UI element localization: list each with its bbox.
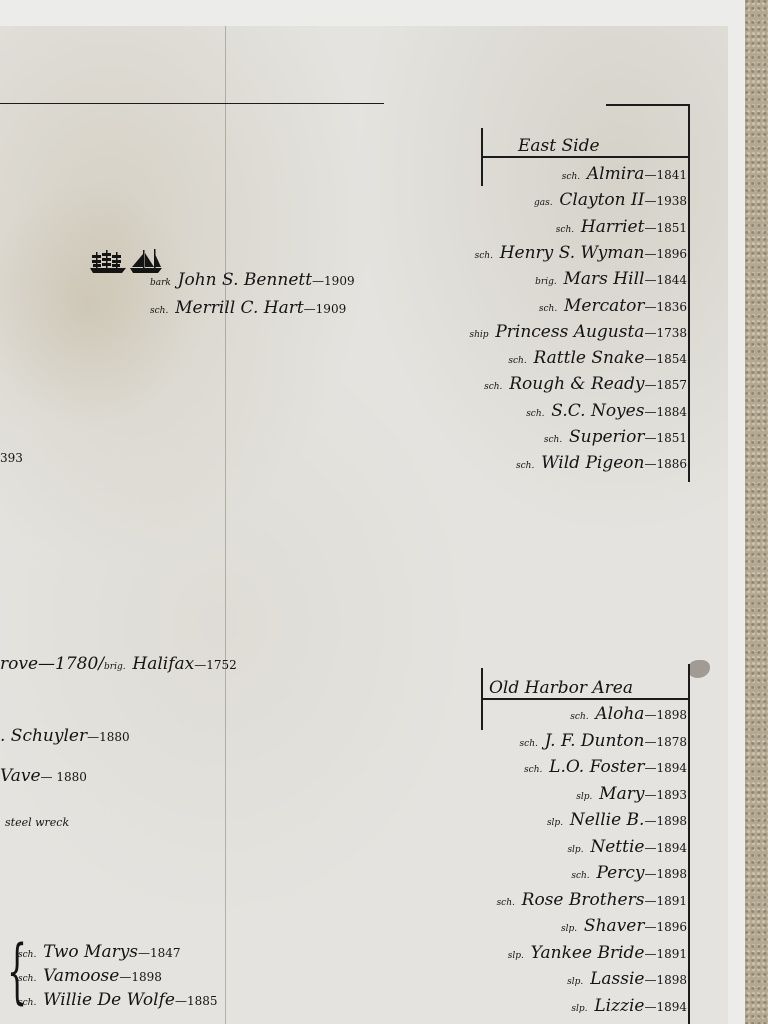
wreck-entry: sch. S.C. Noyes—1884 <box>526 401 687 421</box>
wreck-entry: sch. Superior—1851 <box>544 427 687 447</box>
vessel-type: slp. <box>571 1004 587 1014</box>
wreck-entry: sch. L.O. Foster—1894 <box>524 757 687 777</box>
wreck-entry: gas. Clayton II—1938 <box>534 190 687 210</box>
wreck-entry: slp. Lassie—1898 <box>567 969 687 989</box>
wreck-entry: slp. Yankee Bride—1891 <box>508 943 687 963</box>
fragment-393: 393 <box>0 448 23 466</box>
wreck-entry: slp. Lizzie—1894 <box>571 996 687 1016</box>
wreck-year: —1836 <box>644 300 687 314</box>
wreck-merrill-c-hart: sch. Merrill C. Hart—1909 <box>150 298 346 318</box>
wreck-entry: sch. Percy—1898 <box>571 863 687 883</box>
vessel-type: slp. <box>561 924 577 934</box>
wreck-year: —1891 <box>644 894 687 908</box>
granite-wall <box>745 0 768 1024</box>
wreck-wave: Vave— 1880 <box>0 766 87 786</box>
wreck-year: —1909 <box>312 274 355 288</box>
vessel-name: Clayton II <box>559 190 644 210</box>
vessel-type: sch. <box>18 974 36 984</box>
vessel-type: sch. <box>571 871 589 881</box>
vessel-type: slp. <box>547 818 563 828</box>
vessel-type: sch. <box>497 898 515 908</box>
vessel-name: Harriet <box>581 217 645 237</box>
vessel-type: sch. <box>562 172 580 182</box>
vessel-type: sch. <box>526 409 544 419</box>
vessel-name: Aloha <box>595 704 644 724</box>
fold-line <box>225 26 226 1024</box>
vessel-name: Nellie B. <box>570 810 645 830</box>
wreck-entry: slp. Nellie B.—1898 <box>547 810 687 830</box>
vessel-name: Lassie <box>590 969 644 989</box>
wreck-year: —1857 <box>644 378 687 392</box>
east-side-right-rule <box>688 104 690 482</box>
wreck-entry: slp. Mary—1893 <box>576 784 687 804</box>
wreck-john-s-bennett: bark John S. Bennett—1909 <box>150 270 355 290</box>
vessel-name: Percy <box>596 863 644 883</box>
wreck-year: —1847 <box>138 946 181 960</box>
vessel-name: Willie De Wolfe <box>43 990 175 1010</box>
wreck-entry: sch. Harriet—1851 <box>556 217 687 237</box>
wreck-entry: sch. Vamoose—1898 <box>18 966 162 986</box>
vessel-name: Vamoose <box>43 966 119 986</box>
wreck-year: —1894 <box>644 761 687 775</box>
wreck-year: — 1880 <box>41 770 87 784</box>
top-rule <box>0 103 384 104</box>
old-harbor-heading: Old Harbor Area <box>489 678 633 698</box>
east-side-top-rule <box>606 104 690 106</box>
wreck-year: —1898 <box>644 867 687 881</box>
wreck-entry: sch. Two Marys—1847 <box>18 942 181 962</box>
vessel-name: Rose Brothers <box>522 890 645 910</box>
wreck-year: —1841 <box>644 168 687 182</box>
vessel-name: John S. Bennett <box>178 270 312 290</box>
wreck-entry: sch. Wild Pigeon—1886 <box>516 453 687 473</box>
wreck-year: —1898 <box>119 970 162 984</box>
wreck-year: —1844 <box>644 273 687 287</box>
wreck-year: —1752 <box>194 658 237 672</box>
vessel-name: Wild Pigeon <box>541 453 644 473</box>
vessel-type: sch. <box>18 998 36 1008</box>
vessel-type: sch. <box>539 304 557 314</box>
wreck-year: —1896 <box>644 920 687 934</box>
vessel-name: Henry S. Wyman <box>500 243 645 263</box>
wreck-year: —1885 <box>175 994 218 1008</box>
wreck-halifax: rove—1780/brig. Halifax—1752 <box>0 654 237 674</box>
old-harbor-heading-rule <box>481 698 690 700</box>
vessel-type: sch. <box>475 251 493 261</box>
wreck-year: —1898 <box>644 708 687 722</box>
vessel-name: S.C. Noyes <box>551 401 644 421</box>
wreck-year: —1851 <box>644 221 687 235</box>
wreck-year: —1938 <box>644 194 687 208</box>
vessel-name: Merrill C. Hart <box>175 298 304 318</box>
wreck-year: —1884 <box>644 405 687 419</box>
vessel-name: Lizzie <box>594 996 644 1016</box>
vessel-name: Mary <box>599 784 644 804</box>
wreck-year: —1880 <box>87 730 130 744</box>
vessel-type: sch. <box>556 225 574 235</box>
wreck-year: —1891 <box>644 947 687 961</box>
wreck-entry: sch. Henry S. Wyman—1896 <box>475 243 687 263</box>
wreck-entry: sch. Aloha—1898 <box>570 704 687 724</box>
vessel-type: slp. <box>508 951 524 961</box>
vessel-type: slp. <box>567 845 583 855</box>
vessel-name: Yankee Bride <box>531 943 645 963</box>
vessel-type: sch. <box>524 765 542 775</box>
wreck-entry: slp. Nettie—1894 <box>567 837 687 857</box>
vessel-name: Halifax <box>132 654 194 674</box>
vessel-name: Two Marys <box>43 942 138 962</box>
wreck-year: —1894 <box>644 1000 687 1014</box>
vessel-name: Superior <box>569 427 644 447</box>
wreck-year: —1738 <box>644 326 687 340</box>
vessel-type: brig. <box>104 662 126 672</box>
vessel-type: ship <box>469 330 488 340</box>
vessel-name: . Schuyler <box>0 726 87 746</box>
fragment-grove: rove—1780/ <box>0 654 104 674</box>
vessel-type: sch. <box>18 950 36 960</box>
vessel-type: sch. <box>516 461 534 471</box>
wreck-entry: sch. Willie De Wolfe—1885 <box>18 990 217 1010</box>
wreck-year: —1878 <box>644 735 687 749</box>
vessel-type: sch. <box>570 712 588 722</box>
vessel-type: brig. <box>535 277 557 287</box>
wreck-entry: sch. Rose Brothers—1891 <box>497 890 687 910</box>
vessel-name: Almira <box>587 164 645 184</box>
east-side-heading: East Side <box>518 136 600 156</box>
vessel-type: slp. <box>576 792 592 802</box>
wreck-year: —1886 <box>644 457 687 471</box>
wreck-year: —1854 <box>644 352 687 366</box>
wreck-year: —1894 <box>644 841 687 855</box>
vessel-name: Mercator <box>564 296 644 316</box>
wreck-year: —1898 <box>644 973 687 987</box>
vessel-name: Shaver <box>584 916 645 936</box>
vessel-type: bark <box>150 278 171 288</box>
wreck-entry: brig. Mars Hill—1844 <box>535 269 687 289</box>
vessel-name: Mars Hill <box>564 269 645 289</box>
east-side-heading-rule <box>481 156 690 158</box>
wreck-year: —1851 <box>644 431 687 445</box>
old-harbor-right-rule <box>688 664 690 1024</box>
vessel-type: slp. <box>567 977 583 987</box>
vessel-type: sch. <box>150 306 168 316</box>
steel-wreck-note: steel wreck <box>5 816 69 829</box>
wreck-entry: sch. J. F. Dunton—1878 <box>520 731 687 751</box>
vessel-type: sch. <box>520 739 538 749</box>
vessel-name: J. F. Dunton <box>545 731 645 751</box>
wreck-entry: sch. Rough & Ready—1857 <box>484 374 687 394</box>
vessel-type: sch. <box>544 435 562 445</box>
vessel-name: Rattle Snake <box>533 348 644 368</box>
vessel-type: sch. <box>508 356 526 366</box>
wreck-year: —1896 <box>644 247 687 261</box>
vessel-name: Princess Augusta <box>495 322 644 342</box>
wreck-schuyler: . Schuyler—1880 <box>0 726 130 746</box>
wreck-year: —1893 <box>644 788 687 802</box>
wreck-entry: sch. Almira—1841 <box>562 164 687 184</box>
wreck-entry: ship Princess Augusta—1738 <box>469 322 687 342</box>
vessel-type: sch. <box>484 382 502 392</box>
wreck-year: —1898 <box>644 814 687 828</box>
vessel-type: gas. <box>534 198 553 208</box>
vessel-name: Vave <box>0 766 41 786</box>
wreck-entry: sch. Rattle Snake—1854 <box>508 348 687 368</box>
vessel-name: Nettie <box>590 837 644 857</box>
wreck-entry: sch. Mercator—1836 <box>539 296 687 316</box>
vessel-name: L.O. Foster <box>549 757 644 777</box>
wreck-entry: slp. Shaver—1896 <box>561 916 687 936</box>
wreck-year: —1909 <box>304 302 347 316</box>
vessel-name: Rough & Ready <box>509 374 644 394</box>
